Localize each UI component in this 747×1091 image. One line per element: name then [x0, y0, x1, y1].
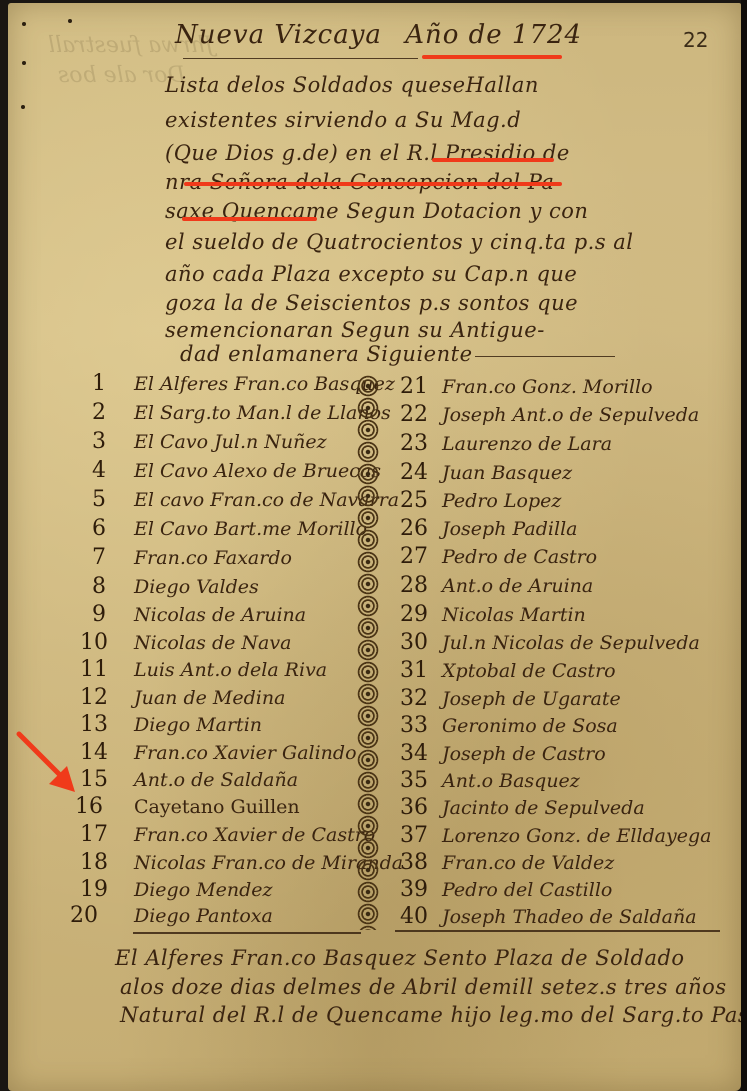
roster-name: Joseph Thadeo de Saldaña: [442, 906, 697, 928]
binding-hole: [68, 19, 72, 23]
roster-number: 1: [92, 371, 134, 396]
decorative-column-divider: [357, 375, 379, 930]
roster-name: Ant.o de Aruina: [442, 575, 593, 597]
roster-name: El Cavo Alexo de Bruecas: [134, 460, 381, 482]
roster-entry: 6El Cavo Bart.me Morillo: [92, 516, 367, 541]
roster-entry: 1El Alferes Fran.co Basquez: [92, 371, 395, 396]
roster-entry: 31Xptobal de Castro: [400, 658, 616, 683]
roster-number: 11: [80, 657, 134, 682]
roster-entry: 9Nicolas de Aruina: [92, 602, 306, 627]
roster-name: Cayetano Guillen: [134, 796, 300, 818]
roster-number: 4: [92, 458, 134, 483]
roster-number: 15: [80, 767, 134, 792]
roster-entry: 11Luis Ant.o dela Riva: [80, 657, 327, 682]
roster-entry: 21Fran.co Gonz. Morillo: [400, 374, 653, 399]
intro-line: año cada Plaza excepto su Cap.n que: [165, 262, 577, 286]
footer-line: alos doze dias delmes de Abril demill se…: [120, 975, 727, 999]
roster-entry: 10Nicolas de Nava: [80, 630, 291, 655]
roster-name: Joseph de Castro: [442, 743, 606, 765]
roster-number: 5: [92, 487, 134, 512]
roster-number: 37: [400, 823, 442, 848]
roster-end-rule-right: [395, 930, 720, 932]
roster-entry: 32Joseph de Ugarate: [400, 686, 621, 711]
roster-name: Diego Valdes: [134, 576, 259, 598]
roster-name: Diego Pantoxa: [134, 905, 273, 927]
roster-entry: 39Pedro del Castillo: [400, 877, 612, 902]
roster-number: 30: [400, 630, 442, 655]
roster-number: 20: [70, 903, 134, 928]
roster-number: 6: [92, 516, 134, 541]
roster-name: Joseph Padilla: [442, 518, 577, 540]
roster-number: 18: [80, 850, 134, 875]
roster-number: 26: [400, 516, 442, 541]
roster-number: 39: [400, 877, 442, 902]
roster-name: Jul.n Nicolas de Sepulveda: [442, 632, 700, 654]
roster-entry: 22Joseph Ant.o de Sepulveda: [400, 402, 699, 427]
intro-line: Lista delos Soldados queseHallan: [165, 73, 539, 97]
roster-entry: 4El Cavo Alexo de Bruecas: [92, 458, 381, 483]
roster-entry: 30Jul.n Nicolas de Sepulveda: [400, 630, 700, 655]
footer-line: Natural del R.l de Quencame hijo leg.mo …: [120, 1003, 747, 1027]
roster-number: 23: [400, 431, 442, 456]
roster-name: Fran.co Faxardo: [134, 547, 292, 569]
page-edge-shadow: [741, 0, 747, 1091]
roster-entry: 7Fran.co Faxardo: [92, 545, 292, 570]
roster-name: Fran.co Xavier de Castro: [134, 824, 375, 846]
roster-number: 40: [400, 904, 442, 929]
roster-name: Nicolas de Aruina: [134, 604, 306, 626]
roster-number: 7: [92, 545, 134, 570]
roster-number: 27: [400, 544, 442, 569]
binding-hole: [21, 105, 25, 109]
roster-entry: 33Geronimo de Sosa: [400, 713, 618, 738]
binding-hole: [22, 22, 26, 26]
page-number: 22: [683, 28, 708, 52]
roster-entry: 3El Cavo Jul.n Nuñez: [92, 429, 327, 454]
roster-number: 34: [400, 741, 442, 766]
roster-entry: 17Fran.co Xavier de Castro: [80, 822, 375, 847]
roster-number: 35: [400, 768, 442, 793]
roster-name: El Cavo Jul.n Nuñez: [134, 431, 327, 453]
roster-name: Diego Martin: [134, 714, 262, 736]
red-underline-senora: [184, 182, 562, 186]
binding-hole: [22, 61, 26, 65]
roster-name: Diego Mendez: [134, 879, 273, 901]
roster-number: 29: [400, 602, 442, 627]
intro-line: dad enlamanera Siguiente: [180, 342, 473, 366]
roster-number: 32: [400, 686, 442, 711]
roster-name: Juan Basquez: [442, 462, 572, 484]
roster-number: 9: [92, 602, 134, 627]
roster-number: 22: [400, 402, 442, 427]
roster-entry: 8Diego Valdes: [92, 574, 259, 599]
roster-name: Fran.co de Valdez: [442, 852, 614, 874]
roster-name: Luis Ant.o dela Riva: [134, 659, 327, 681]
roster-entry: 34Joseph de Castro: [400, 741, 606, 766]
roster-number: 10: [80, 630, 134, 655]
roster-number: 14: [80, 740, 134, 765]
roster-entry: 26Joseph Padilla: [400, 516, 577, 541]
roster-name: El Alferes Fran.co Basquez: [134, 373, 395, 395]
roster-entry: 35Ant.o Basquez: [400, 768, 580, 793]
intro-end-rule: [475, 356, 615, 357]
roster-entry: 18Nicolas Fran.co de Miranda: [80, 850, 403, 875]
roster-entry: 2El Sarg.to Man.l de Llanos: [92, 400, 391, 425]
roster-name: Fran.co Gonz. Morillo: [442, 376, 653, 398]
roster-number: 36: [400, 795, 442, 820]
roster-number: 19: [80, 877, 134, 902]
roster-entry-highlighted: 16Cayetano Guillen: [75, 794, 300, 819]
roster-name: Geronimo de Sosa: [442, 715, 618, 737]
intro-line: el sueldo de Quatrocientos y cinq.ta p.s…: [165, 230, 634, 254]
roster-name: Nicolas Martin: [442, 604, 586, 626]
roster-entry: 36Jacinto de Sepulveda: [400, 795, 645, 820]
header-rule: [183, 58, 418, 59]
roster-name: Fran.co Xavier Galindo: [134, 742, 357, 764]
roster-entry: 23Laurenzo de Lara: [400, 431, 612, 456]
intro-line: semencionaran Segun su Antigue-: [165, 318, 545, 342]
roster-number: 17: [80, 822, 134, 847]
roster-name: Ant.o Basquez: [442, 770, 580, 792]
roster-name: Pedro del Castillo: [442, 879, 612, 901]
footer-line: El Alferes Fran.co Basquez Sento Plaza d…: [115, 946, 685, 970]
roster-entry: 19Diego Mendez: [80, 877, 273, 902]
roster-number: 31: [400, 658, 442, 683]
roster-name: Xptobal de Castro: [442, 660, 616, 682]
roster-entry: 14Fran.co Xavier Galindo: [80, 740, 357, 765]
roster-number: 13: [80, 712, 134, 737]
roster-name: Jacinto de Sepulveda: [442, 797, 645, 819]
roster-number: 21: [400, 374, 442, 399]
roster-entry: 12Juan de Medina: [80, 685, 285, 710]
roster-entry: 37Lorenzo Gonz. de Elldayega: [400, 823, 711, 848]
roster-entry: 38Fran.co de Valdez: [400, 850, 614, 875]
roster-number: 3: [92, 429, 134, 454]
red-arrow-annotation-icon: [15, 730, 85, 800]
header-place: Nueva Vizcaya: [175, 20, 382, 50]
roster-number: 2: [92, 400, 134, 425]
roster-entry: 5El cavo Fran.co de Navarra: [92, 487, 399, 512]
roster-name: El Sarg.to Man.l de Llanos: [134, 402, 391, 424]
roster-number: 28: [400, 573, 442, 598]
roster-entry: 15Ant.o de Saldaña: [80, 767, 298, 792]
roster-name: Pedro de Castro: [442, 546, 597, 568]
roster-entry: 28Ant.o de Aruina: [400, 573, 593, 598]
roster-entry: 13Diego Martin: [80, 712, 262, 737]
roster-name: Pedro Lopez: [442, 490, 561, 512]
roster-name: Lorenzo Gonz. de Elldayega: [442, 825, 711, 847]
roster-number: 38: [400, 850, 442, 875]
roster-name: El Cavo Bart.me Morillo: [134, 518, 367, 540]
header-year: Año de 1724: [405, 20, 582, 50]
roster-name: Joseph Ant.o de Sepulveda: [442, 404, 699, 426]
roster-entry: 40Joseph Thadeo de Saldaña: [400, 904, 697, 929]
roster-number: 24: [400, 460, 442, 485]
roster-entry: 25Pedro Lopez: [400, 488, 561, 513]
roster-name: Juan de Medina: [134, 687, 285, 709]
roster-name: Nicolas de Nava: [134, 632, 291, 654]
roster-number: 12: [80, 685, 134, 710]
roster-name: Ant.o de Saldaña: [134, 769, 298, 791]
intro-line: goza la de Seiscientos p.s sontos que: [165, 291, 578, 315]
roster-entry: 24Juan Basquez: [400, 460, 572, 485]
roster-entry: 27Pedro de Castro: [400, 544, 597, 569]
intro-line: existentes sirviendo a Su Mag.d: [165, 108, 521, 132]
roster-name: Joseph de Ugarate: [442, 688, 621, 710]
roster-entry: 29Nicolas Martin: [400, 602, 586, 627]
red-underline-quencame: [182, 217, 317, 221]
roster-number: 33: [400, 713, 442, 738]
red-underline-presidio: [432, 158, 554, 162]
roster-number: 25: [400, 488, 442, 513]
red-underline-year: [422, 55, 562, 59]
roster-end-rule-left: [133, 932, 361, 934]
roster-number: 8: [92, 574, 134, 599]
roster-entry: 20Diego Pantoxa: [70, 903, 273, 928]
header-title: Nueva Vizcaya Año de 1724: [175, 20, 596, 50]
roster-name: Laurenzo de Lara: [442, 433, 612, 455]
